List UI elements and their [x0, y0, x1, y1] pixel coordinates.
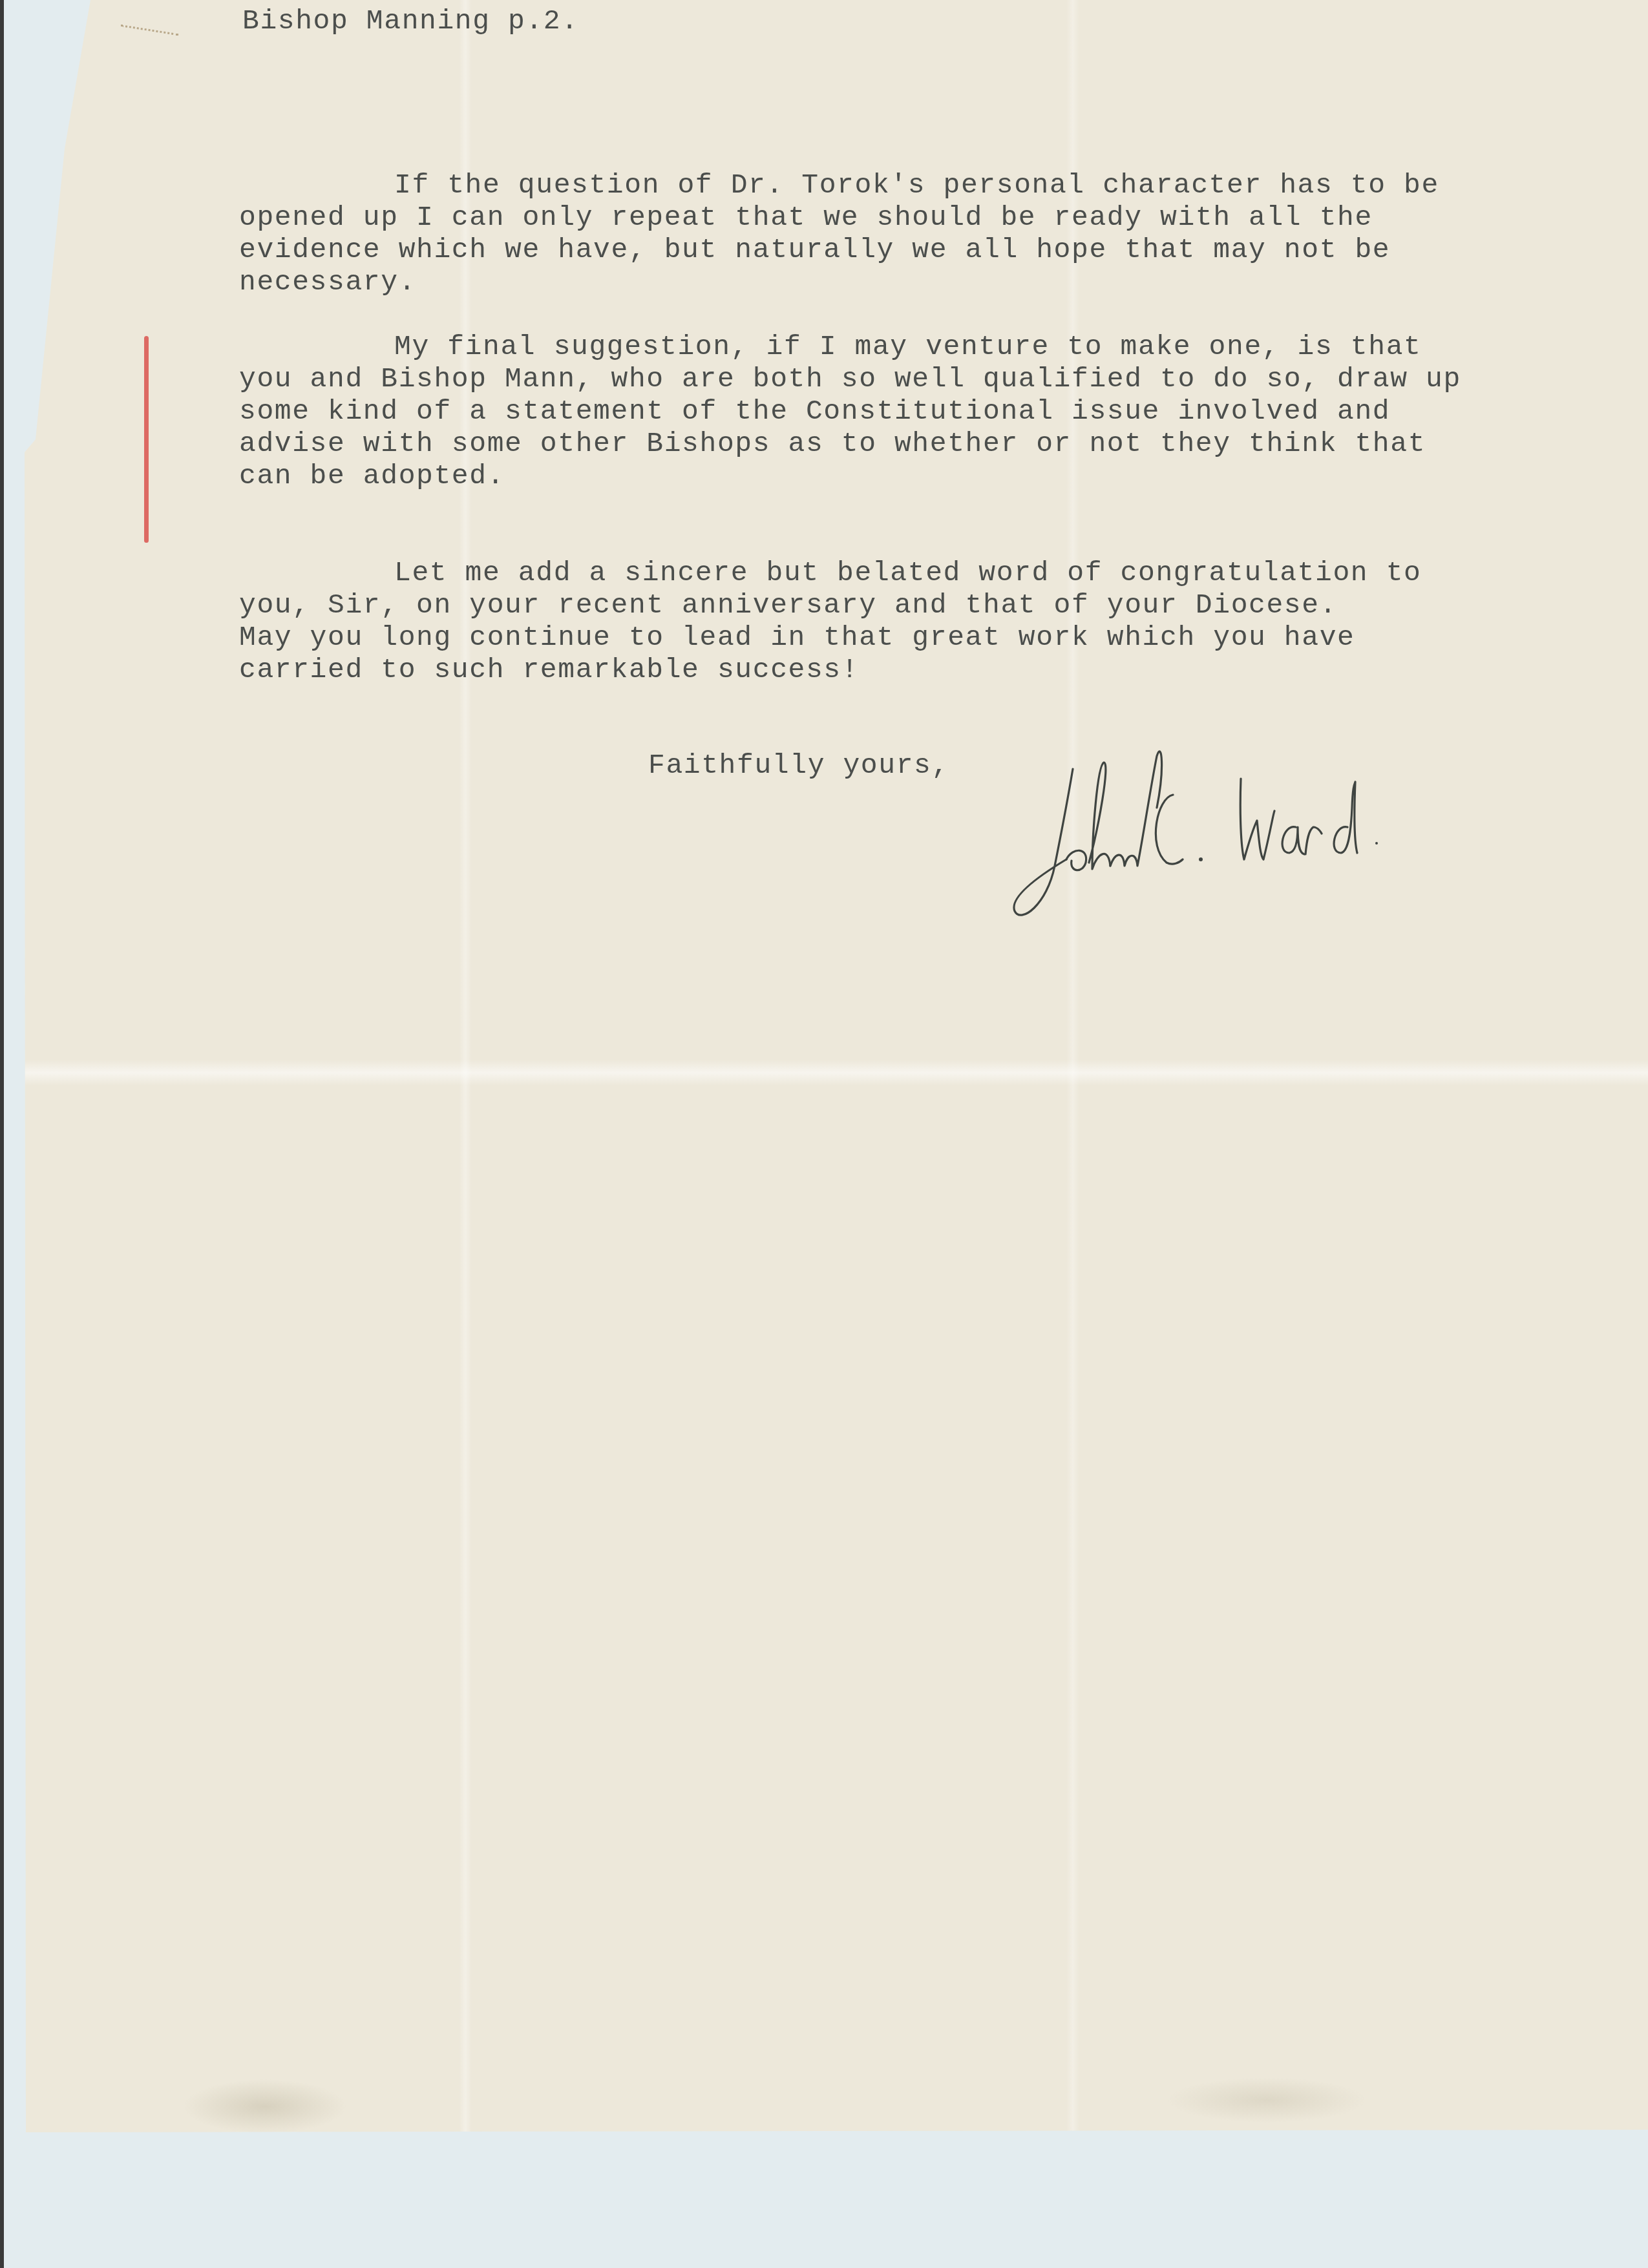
page-header: Bishop Manning p.2. [242, 5, 579, 37]
paragraph-line: My final suggestion, if I may venture to… [239, 331, 1461, 363]
paragraph-line: can be adopted. [239, 460, 1461, 492]
paragraph-1: If the question of Dr. Torok's personal … [239, 169, 1439, 299]
paragraph-line: opened up I can only repeat that we shou… [239, 202, 1439, 234]
paragraph-line: necessary. [239, 266, 1439, 299]
paragraph-3: Let me add a sincere but belated word of… [239, 557, 1421, 686]
letter-page: Bishop Manning p.2. If the question of D… [6, 0, 1648, 2132]
signature-glyph [995, 737, 1461, 930]
paragraph-line: If the question of Dr. Torok's personal … [239, 169, 1439, 202]
paragraph-line: some kind of a statement of the Constitu… [239, 395, 1461, 428]
paragraph-line: advise with some other Bishops as to whe… [239, 428, 1461, 460]
paragraph-line: evidence which we have, but naturally we… [239, 234, 1439, 266]
scanner-edge [0, 0, 4, 2268]
closing-salutation: Faithfully yours, [648, 750, 949, 782]
paragraph-line: Let me add a sincere but belated word of… [239, 557, 1421, 589]
paragraph-2: My final suggestion, if I may venture to… [239, 331, 1461, 492]
paragraph-line: you, Sir, on your recent anniversary and… [239, 589, 1421, 622]
red-pencil-margin-mark [144, 336, 149, 543]
handwritten-signature: John C. Ward [995, 737, 1461, 930]
paragraph-line: May you long continue to lead in that gr… [239, 622, 1421, 654]
paragraph-line: carried to such remarkable success! [239, 654, 1421, 686]
paper-tear-mark [119, 25, 178, 48]
paragraph-line: you and Bishop Mann, who are both so wel… [239, 363, 1461, 395]
